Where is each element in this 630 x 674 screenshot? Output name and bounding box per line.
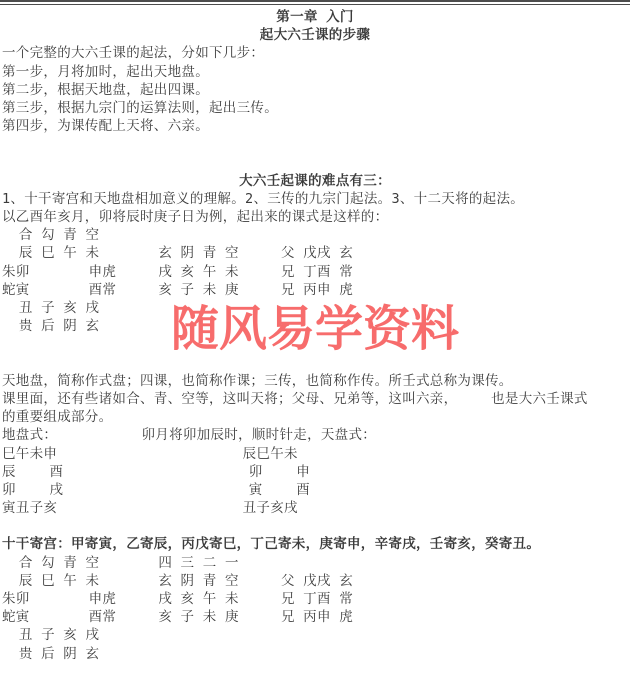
jigong-line: 十干寄宫：甲寄寅，乙寄辰，丙戊寄巳，丁己寄未，庚寄申，辛寄戌，壬寄亥，癸寄丑。 — [0, 535, 630, 553]
top-double-rule — [0, 0, 630, 5]
section-subtitle: 起大六壬课的步骤 — [0, 26, 630, 44]
explanation-line: 课里面，还有些诸如合、青、空等，这叫天将；父母、兄弟等，这叫六亲， 也是大六壬课… — [0, 390, 630, 408]
intro-step-1: 第一步，月将加时，起出天地盘。 — [0, 63, 630, 81]
example-chart-line: 丑 子 亥 戌 — [0, 299, 630, 317]
explanation-line: 的重要组成部分。 — [0, 408, 630, 426]
numbered-chart-line: 贵 后 阴 玄 — [0, 645, 630, 663]
plates-section: 地盘式： 卯月将卯加辰时，顺时针走，天盘式： 巳午未申 辰巳午未 辰 酉 卯 申… — [0, 426, 630, 517]
plates-line: 卯 戌 寅 酉 — [0, 481, 630, 499]
example-chart-line: 蛇寅 酉常 亥 子 未 庚 兄 丙申 虎 — [0, 281, 630, 299]
intro-step-4: 第四步，为课传配上天将、六亲。 — [0, 117, 630, 135]
numbered-chart-line: 辰 巳 午 未 玄 阴 青 空 父 戊戌 玄 — [0, 572, 630, 590]
numbered-chart-line: 蛇寅 酉常 亥 子 未 庚 兄 丙申 虎 — [0, 608, 630, 626]
spacer — [0, 517, 630, 535]
example-course-chart: 合 勾 青 空 辰 巳 午 未 玄 阴 青 空 父 戊戌 玄 朱卯 申虎 戌 亥… — [0, 226, 630, 335]
chapter-title: 第一章 入门 — [0, 8, 630, 26]
numbered-chart-line: 合 勾 青 空 四 三 二 一 — [0, 554, 630, 572]
example-chart-line: 合 勾 青 空 — [0, 226, 630, 244]
numbered-course-chart: 合 勾 青 空 四 三 二 一 辰 巳 午 未 玄 阴 青 空 父 戊戌 玄 朱… — [0, 554, 630, 663]
difficulties-heading: 大六壬起课的难点有三： — [0, 172, 630, 190]
example-chart-line: 朱卯 申虎 戌 亥 午 未 兄 丁酉 常 — [0, 263, 630, 281]
numbered-chart-line: 丑 子 亥 戌 — [0, 626, 630, 644]
plates-line: 辰 酉 卯 申 — [0, 463, 630, 481]
plates-line: 巳午未申 辰巳午未 — [0, 445, 630, 463]
intro-lead: 一个完整的大六壬课的起法，分如下几步： — [0, 44, 630, 62]
example-lead: 以乙酉年亥月，卯将辰时庚子日为例，起出来的课式是这样的： — [0, 208, 630, 226]
intro-step-3: 第三步，根据九宗门的运算法则，起出三传。 — [0, 99, 630, 117]
spacer — [0, 335, 630, 371]
example-chart-line: 辰 巳 午 未 玄 阴 青 空 父 戊戌 玄 — [0, 244, 630, 262]
spacer — [0, 135, 630, 171]
difficulties-list: 1、十干寄宫和天地盘相加意义的理解。2、三传的九宗门起法。3、十二天将的起法。 — [0, 190, 630, 208]
explanation-line: 天地盘，简称作式盘；四课，也简称作课；三传，也简称作传。所壬式总称为课传。 — [0, 372, 630, 390]
numbered-chart-line: 朱卯 申虎 戌 亥 午 未 兄 丁酉 常 — [0, 590, 630, 608]
example-chart-line: 贵 后 阴 玄 — [0, 317, 630, 335]
plates-line: 寅丑子亥 丑子亥戌 — [0, 499, 630, 517]
plates-caption: 地盘式： 卯月将卯加辰时，顺时针走，天盘式： — [0, 426, 630, 444]
document-page: 第一章 入门 起大六壬课的步骤 一个完整的大六壬课的起法，分如下几步： 第一步，… — [0, 0, 630, 663]
intro-step-2: 第二步，根据天地盘，起出四课。 — [0, 81, 630, 99]
